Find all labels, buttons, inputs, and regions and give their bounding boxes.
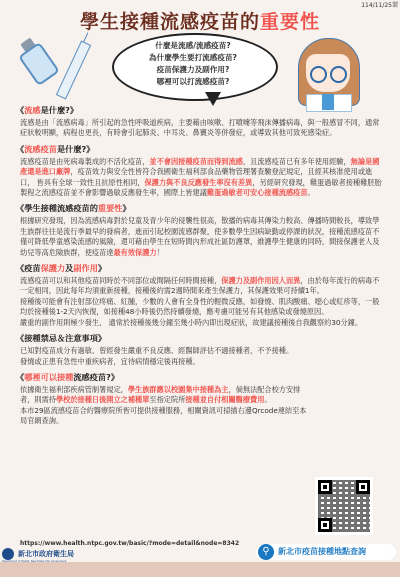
section-heading-what-is-vaccine: 《流感疫苗是什麼?》 bbox=[16, 144, 384, 155]
main-content: 《流感是什麼?》 流感是由「流感病毒」所引起的急性呼吸道疾病，主要藉由咳嗽、打噴… bbox=[20, 100, 384, 427]
body-text: ，且流感疫苗已有多年使用經驗， bbox=[243, 157, 351, 166]
search-button-label: 新北市疫苗接種地點查詢 bbox=[278, 546, 366, 557]
body-text: 至指定院所 bbox=[149, 395, 185, 404]
section-heading-where: 《哪裡可以接種流感疫苗?》 bbox=[16, 372, 384, 383]
body-highlight: 保護力及副作用因人而異 bbox=[221, 276, 300, 285]
bubble-line: 哪裡可以打流感疫苗? bbox=[118, 76, 268, 88]
body-highlight: 保護力與不良反應發生率沒有差異 bbox=[144, 178, 252, 187]
page-title: 學生接種流感疫苗的重要性 bbox=[0, 7, 400, 34]
body-text: 。 bbox=[308, 188, 315, 197]
heading-text: 《學生接種流感疫苗的 bbox=[16, 203, 98, 213]
heading-highlight: 重要性 bbox=[98, 203, 123, 213]
section-body-qr-info: 本市29區流感疫苗合約醫療院所皆可提供接種服務，相關資訊可掃描右邊Qrcode連… bbox=[20, 406, 310, 427]
heading-highlight: 副作用 bbox=[73, 263, 98, 273]
logo-subtitle: Department of Health, New Taipei City Go… bbox=[2, 560, 66, 562]
heading-text: 《 bbox=[16, 144, 24, 154]
section-heading-contraindications: 《接種禁忌＆注意事項》 bbox=[16, 333, 384, 344]
heading-highlight: 哪裡可以接種 bbox=[24, 372, 73, 382]
heading-text: 《疫苗 bbox=[16, 263, 41, 273]
body-highlight: 接種並自付相關醫療費用 bbox=[185, 395, 264, 404]
section-heading-protection-side-effects: 《疫苗保護力及副作用》 bbox=[16, 263, 384, 274]
body-text: 流感疫苗可以和其他疫苗同時於不同部位或間隔任何時間接種， bbox=[20, 276, 221, 285]
section-body-contraindications: 已知對疫苗成分有過敏、曾經發生嚴重不良反應、經醫師評估不適接種者，不予接種。 bbox=[20, 346, 384, 356]
body-text: 根據研究發現，因為流感病毒對於兒童及青少年的侵襲性很高，散播的病毒其傳染力較高、… bbox=[20, 216, 379, 256]
section-heading-importance: 《學生接種流感疫苗的重要性》 bbox=[16, 203, 384, 214]
health-department-logo: 新北市政府衛生局 Department of Health, New Taipe… bbox=[2, 548, 102, 562]
title-highlight: 重要性 bbox=[260, 11, 320, 33]
logo-name: 新北市政府衛生局 bbox=[18, 549, 74, 559]
qr-finder-icon bbox=[356, 480, 370, 494]
heading-text: 》 bbox=[98, 263, 106, 273]
qr-finder-icon bbox=[318, 480, 332, 494]
body-text: 流感疫苗是由死病毒製成的不活化疫苗， bbox=[20, 157, 149, 166]
vaccine-location-search-button[interactable]: ⚲ 新北市疫苗接種地點查詢 bbox=[256, 544, 396, 560]
heading-text: 《 bbox=[16, 372, 24, 382]
qr-code[interactable] bbox=[315, 477, 373, 535]
heading-text: 流感疫苗?》 bbox=[73, 372, 119, 382]
bubble-line: 為什麼學生要打流感疫苗? bbox=[118, 52, 268, 64]
poster: 114/11/25製 學生接種流感疫苗的重要性 什麼是流感/流感疫苗? 為什麼學… bbox=[0, 0, 400, 562]
syringe-icon bbox=[56, 40, 91, 99]
glasses-left-icon bbox=[310, 66, 327, 83]
search-icon: ⚲ bbox=[258, 544, 274, 560]
bubble-line: 疫苗保護力及副作用? bbox=[118, 64, 268, 76]
body-text: 依據衛生福利部疾病管制署規定， bbox=[20, 385, 128, 394]
body-highlight: 並不會因接種疫苗而得到流感 bbox=[149, 157, 242, 166]
heading-highlight: 保護力 bbox=[41, 263, 66, 273]
section-body-where: 依據衛生福利部疾病管制署規定，學生族群應以校園集中接種為主，倘無法配合校方安排者… bbox=[20, 385, 310, 406]
body-text: 。 bbox=[264, 395, 271, 404]
section-body-fever-notice: 發燒或正患有急性中重疾病者，宜待病情穩定後再接種。 bbox=[20, 357, 384, 367]
body-highlight: 學校於接種日後開立之補種單 bbox=[56, 395, 149, 404]
speech-bubble-text: 什麼是流感/流感疫苗? 為什麼學生要打流感疫苗? 疫苗保護力及副作用? 哪裡可以… bbox=[118, 40, 268, 88]
heading-text: 《 bbox=[16, 105, 24, 115]
section-body-what-is-vaccine: 流感疫苗是由死病毒製成的不活化疫苗，並不會因接種疫苗而得到流感，且流感疫苗已有多… bbox=[20, 157, 384, 199]
heading-highlight: 流感 bbox=[24, 105, 40, 115]
body-text: ！ bbox=[157, 248, 164, 257]
section-body-protection: 流感疫苗可以和其他疫苗同時於不同部位或間隔任何時間接種，保護力及副作用因人而異，… bbox=[20, 276, 384, 297]
title-main: 學生接種流感疫苗的 bbox=[80, 11, 260, 33]
section-body-what-is-flu: 流感是由「流感病毒」所引起的急性呼吸道疾病，主要藉由咳嗽、打噴嚏等飛沫傳播病毒，… bbox=[20, 118, 384, 139]
body-highlight: 學生族群應以校園集中接種為主 bbox=[128, 385, 229, 394]
glasses-right-icon bbox=[330, 66, 347, 83]
section-heading-what-is-flu: 《流感是什麼?》 bbox=[16, 105, 384, 116]
heading-text: 是什麼?》 bbox=[57, 144, 95, 154]
section-body-serious-effects: 嚴重的副作用則極少發生， 通常於接種後幾分鐘至幾小時內即出現症狀，故建議接種後自… bbox=[20, 318, 384, 328]
logo-icon bbox=[2, 548, 14, 560]
bubble-line: 什麼是流感/流感疫苗? bbox=[118, 40, 268, 52]
section-body-side-effects: 接種後可能會有注射部位疼痛、紅腫，少數的人會有全身性的輕微反應，如發燒、肌肉酸痛… bbox=[20, 297, 384, 318]
heading-highlight: 流感疫苗 bbox=[24, 144, 57, 154]
website-url-link[interactable]: https://www.health.ntpc.gov.tw/basic/?mo… bbox=[20, 540, 239, 547]
body-highlight: 雞蛋過敏者可安心接種流感疫苗 bbox=[207, 188, 308, 197]
qr-finder-icon bbox=[318, 518, 332, 532]
heading-text: 》 bbox=[122, 203, 130, 213]
heading-text: 是什麼?》 bbox=[41, 105, 79, 115]
section-body-importance: 根據研究發現，因為流感病毒對於兒童及青少年的侵襲性很高，散播的病毒其傳染力較高、… bbox=[20, 216, 384, 258]
body-highlight: 最有效保護力 bbox=[113, 248, 156, 257]
